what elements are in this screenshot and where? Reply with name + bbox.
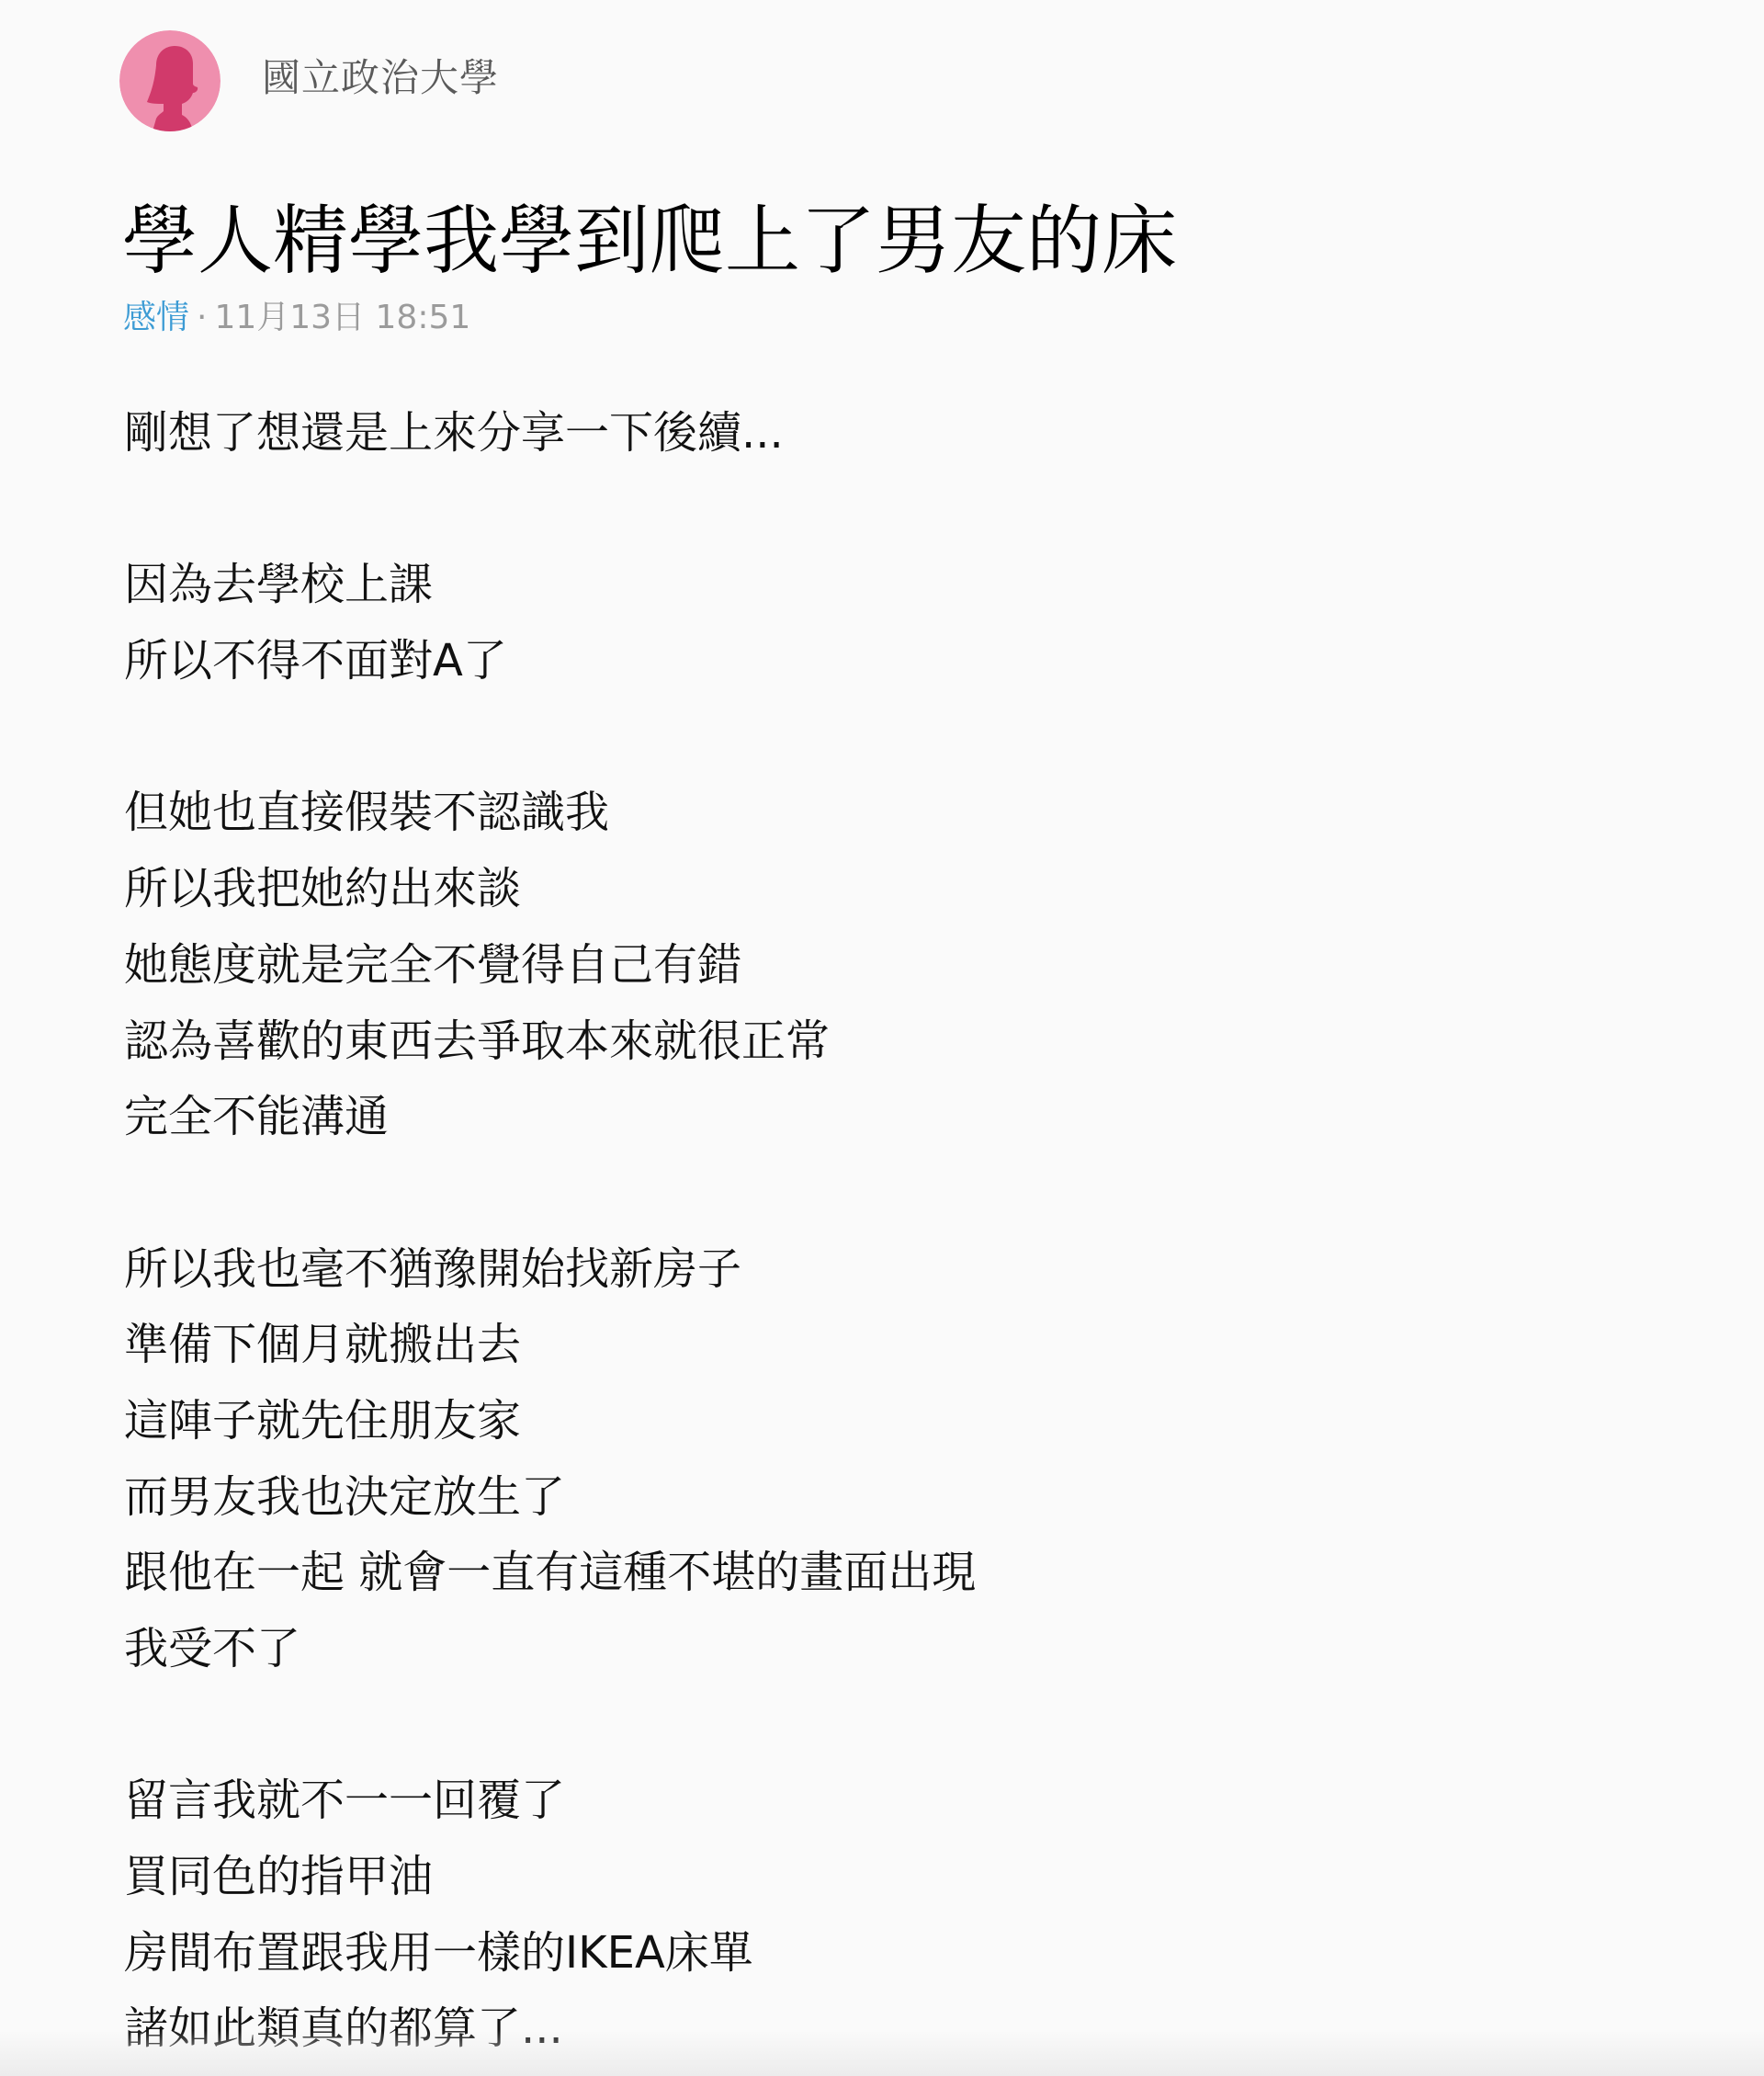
content-line: 所以不得不面對A了 bbox=[124, 623, 1686, 699]
content-line: 因為去學校上課 bbox=[124, 547, 1686, 623]
content-line: 認為喜歡的東西去爭取本來就很正常 bbox=[124, 1004, 1686, 1080]
content-line: 諸如此類真的都算了... bbox=[124, 1991, 1686, 2067]
content-line-blank bbox=[124, 471, 1686, 548]
content-line-blank bbox=[124, 699, 1686, 776]
category-link[interactable]: 感情 bbox=[123, 299, 189, 336]
content-line: 跟他在一起 就會一直有這種不堪的畫面出現 bbox=[124, 1535, 1686, 1611]
post-timestamp: 11月13日 18:51 bbox=[214, 299, 470, 336]
meta-separator: · bbox=[197, 299, 207, 336]
content-line: 這陣子就先住朋友家 bbox=[124, 1383, 1686, 1459]
avatar[interactable] bbox=[119, 30, 220, 131]
content-line: 準備下個月就搬出去 bbox=[124, 1307, 1686, 1383]
post-meta: 感情·11月13日 18:51 bbox=[123, 296, 470, 340]
content-line: 她態度就是完全不覺得自己有錯 bbox=[124, 927, 1686, 1004]
content-line-blank bbox=[124, 1155, 1686, 1231]
school-name[interactable]: 國立政治大學 bbox=[262, 59, 499, 97]
content-line: 剛想了想還是上來分享一下後續... bbox=[124, 395, 1686, 471]
post-title: 學人精學我學到爬上了男友的床 bbox=[122, 191, 1177, 292]
female-avatar-icon bbox=[119, 30, 220, 131]
content-line: 所以我也毫不猶豫開始找新房子 bbox=[124, 1231, 1686, 1308]
post-content: 剛想了想還是上來分享一下後續... 因為去學校上課 所以不得不面對A了 但她也直… bbox=[124, 395, 1686, 2067]
content-line: 我受不了 bbox=[124, 1611, 1686, 1687]
content-line: 留言我就不一一回覆了 bbox=[124, 1763, 1686, 1839]
content-line-blank bbox=[124, 1687, 1686, 1764]
content-line: 買同色的指甲油 bbox=[124, 1839, 1686, 1915]
content-line: 完全不能溝通 bbox=[124, 1079, 1686, 1155]
content-line: 房間布置跟我用一樣的IKEA床單 bbox=[124, 1915, 1686, 1991]
content-line: 但她也直接假裝不認識我 bbox=[124, 775, 1686, 851]
content-line: 所以我把她約出來談 bbox=[124, 851, 1686, 927]
author-row: 國立政治大學 bbox=[119, 30, 499, 131]
content-line: 而男友我也決定放生了 bbox=[124, 1459, 1686, 1536]
